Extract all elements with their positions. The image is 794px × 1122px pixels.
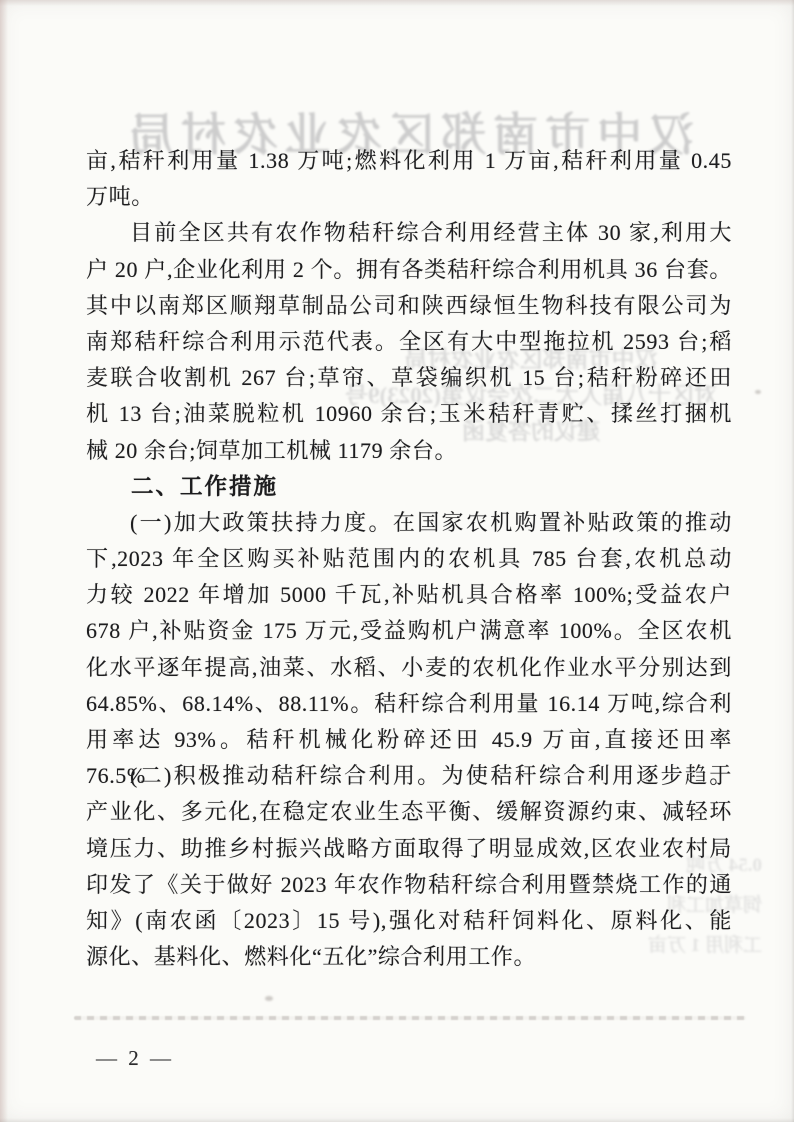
scan-speck xyxy=(700,560,705,564)
body-line: 源化、基料化、燃料化“五化”综合利用工作。 xyxy=(86,939,732,975)
body-line: 力较 2022 年增加 5000 千瓦,补贴机具合格率 100%;受益农户 xyxy=(86,577,732,613)
body-line: 境压力、助推乡村振兴战略方面取得了明显成效,区农业农村局 xyxy=(86,831,732,867)
body-line: 产业化、多元化,在稳定农业生态平衡、缓解资源约束、减轻环 xyxy=(86,794,732,830)
body-line: 印发了《关于做好 2023 年农作物秸秆综合利用暨禁烧工作的通 xyxy=(86,867,732,903)
body-line: 机 13 台;油菜脱粒机 10960 余台;玉米秸秆青贮、揉丝打捆机 xyxy=(86,396,732,432)
body-line: 678 户,补贴资金 175 万元,受益购机户满意率 100%。全区农机 xyxy=(86,613,732,649)
body-line: 械 20 余台;饲草加工机械 1179 余台。 xyxy=(86,433,732,469)
body-line: (一)加大政策扶持力度。在国家农机购置补贴政策的推动 xyxy=(86,505,732,541)
body-line: 万吨。 xyxy=(86,179,732,215)
scan-speck xyxy=(755,390,761,394)
body-line: 亩,秸秆利用量 1.38 万吨;燃料化利用 1 万亩,秸秆利用量 0.45 xyxy=(86,143,732,179)
scan-edge-left xyxy=(0,0,8,1122)
body-line: (二)积极推动秸秆综合利用。为使秸秆综合利用逐步趋于 xyxy=(86,758,732,794)
scan-speck xyxy=(265,996,273,1001)
body-line: 知》(南农函〔2023〕15 号),强化对秸秆饲料化、原料化、能 xyxy=(86,903,732,939)
body-line: 户 20 户,企业化利用 2 个。拥有各类秸秆综合利用机具 36 台套。 xyxy=(86,252,732,288)
section-heading: 二、工作措施 xyxy=(86,469,732,505)
page-number: — 2 — xyxy=(96,1046,174,1071)
body-line: 化水平逐年提高,油菜、水稻、小麦的农机化作业水平分别达到 xyxy=(86,650,732,686)
scan-smudge-line xyxy=(74,1016,746,1020)
scanned-document-page: 汉中市南郑区农业农村局 汉中市南郑区农业农村局 对区十八届人大二次会议第(202… xyxy=(0,0,794,1122)
scan-edge-bottom xyxy=(0,1118,794,1122)
body-line: 用率达 93%。秸秆机械化粉碎还田 45.9 万亩,直接还田率 76.5%。 xyxy=(86,722,732,758)
body-line: 南郑秸秆综合利用示范代表。全区有大中型拖拉机 2593 台;稻 xyxy=(86,324,732,360)
body-line: 下,2023 年全区购买补贴范围内的农机具 785 台套,农机总动 xyxy=(86,541,732,577)
document-body: 亩,秸秆利用量 1.38 万吨;燃料化利用 1 万亩,秸秆利用量 0.45 万吨… xyxy=(86,143,732,975)
scan-edge-top xyxy=(0,0,794,6)
body-line: 64.85%、68.14%、88.11%。秸秆综合利用量 16.14 万吨,综合… xyxy=(86,686,732,722)
body-line: 其中以南郑区顺翔草制品公司和陕西绿恒生物科技有限公司为 xyxy=(86,288,732,324)
body-line: 麦联合收割机 267 台;草帘、草袋编织机 15 台;秸秆粉碎还田 xyxy=(86,360,732,396)
body-line: 目前全区共有农作物秸秆综合利用经营主体 30 家,利用大 xyxy=(86,215,732,251)
